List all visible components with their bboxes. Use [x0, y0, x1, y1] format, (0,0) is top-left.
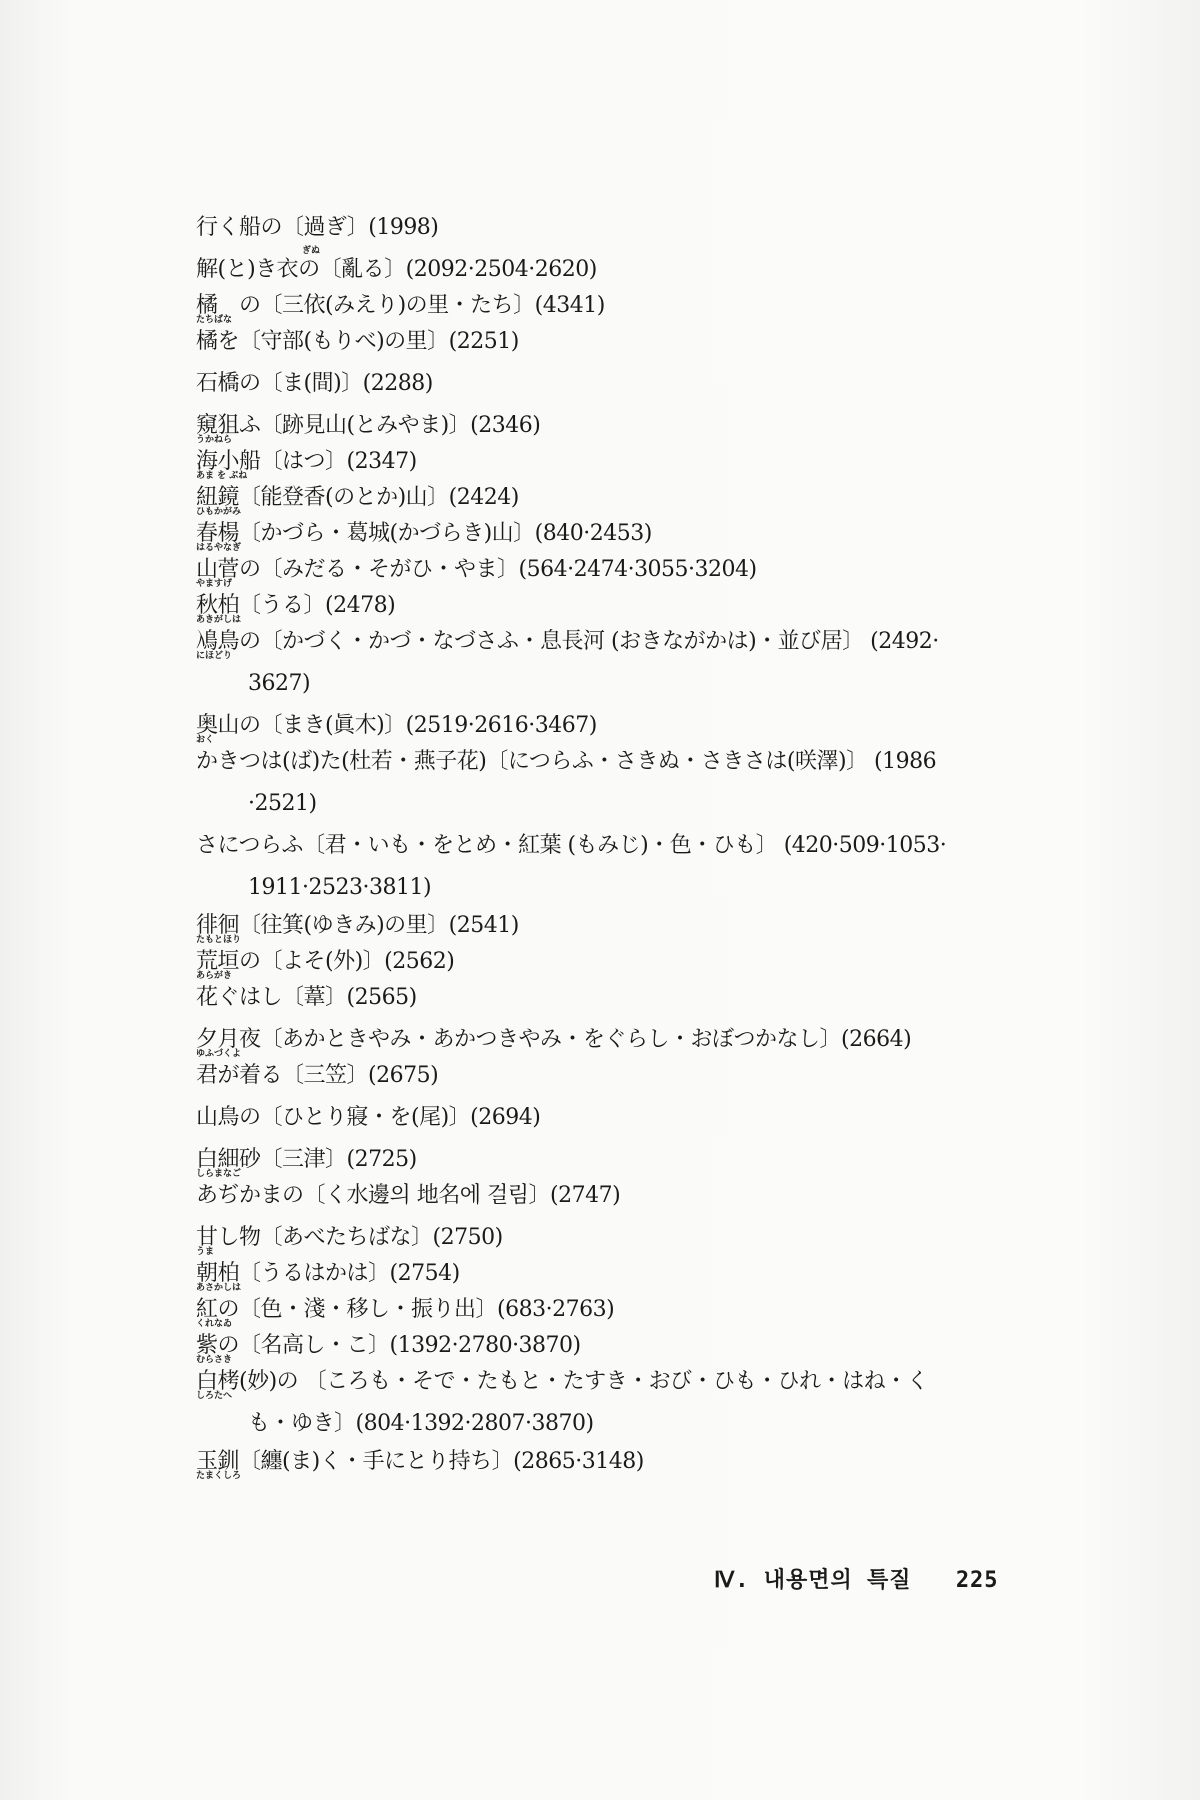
headword-text: 橘を — [196, 329, 239, 354]
entry-definition: 〔かづく・かづ・なづさふ・息長河 (おきながかは)・並び居〕 (2492· — [261, 629, 939, 654]
entry-headword: かきつは(ば)た — [196, 748, 341, 776]
entry-headword: 秋柏あきがしは — [196, 592, 239, 620]
book-page: 行く船の〔過ぎ〕(1998)解(と)き衣のぎぬ〔亂る〕(2092·2504·26… — [0, 0, 1200, 1800]
furigana-reading: ゆふづくよ — [196, 1049, 241, 1059]
entry-headword: 鳰鳥のにほどり — [196, 628, 261, 656]
entry-definition: 〔葦〕(2565) — [282, 985, 417, 1010]
page-footer: Ⅳ. 내용면의 특질 225 — [714, 1563, 999, 1594]
list-item: 奥山のおく〔まき(眞木)〕(2519·2616·3467) — [196, 712, 1016, 740]
list-item: 海小船あま を ぶね〔はつ〕(2347) — [196, 448, 1016, 476]
entry-definition: 〔三津〕(2725) — [261, 1147, 417, 1172]
entry-definition: 〔あべたちばな〕(2750) — [261, 1225, 503, 1250]
list-item: 行く船の〔過ぎ〕(1998) — [196, 214, 1016, 242]
list-item: 石橋の〔ま(間)〕(2288) — [196, 370, 1016, 398]
furigana-reading: おく — [196, 735, 214, 745]
list-item: 夕月夜ゆふづくよ〔あかときやみ・あかつきやみ・をぐらし・おぼつかなし〕(2664… — [196, 1026, 1016, 1054]
entry-definition: 〔三笠〕(2675) — [282, 1063, 438, 1088]
entry-headword: 甘し物うま — [196, 1224, 261, 1252]
headword-text: かきつは(ば)た — [196, 749, 341, 774]
entry-definition: 〔跡見山(とみやま)〕(2346) — [261, 413, 541, 438]
entry-headword: 花ぐはし — [196, 984, 282, 1012]
pillow-word-list: 行く船の〔過ぎ〕(1998)解(と)き衣のぎぬ〔亂る〕(2092·2504·26… — [196, 214, 1016, 1484]
entry-headword: 白栲(妙)のしろたへ — [196, 1368, 298, 1396]
furigana-reading: ぎぬ — [302, 246, 320, 256]
headword-text: あぢかまの — [196, 1183, 304, 1208]
entry-headword: 君が着る — [196, 1062, 282, 1090]
list-item: 荒垣のあらがき〔よそ(外)〕(2562) — [196, 948, 1016, 976]
entry-definition: (杜若・燕子花)〔につらふ・さきぬ・さきさは(咲澤)〕 (1986 — [341, 749, 936, 774]
entry-definition: 〔亂る〕(2092·2504·2620) — [320, 257, 597, 282]
list-item: 春楊はるやなぎ〔かづら・葛城(かづらき)山〕(840·2453) — [196, 520, 1016, 548]
entry-definition: の〔三依(みえり)の里・たち〕(4341) — [239, 293, 605, 318]
entry-headword: あぢかまの — [196, 1182, 304, 1210]
entry-headword: 海小船あま を ぶね — [196, 448, 261, 476]
entry-headword: 山鳥の — [196, 1104, 261, 1132]
entry-definition: 〔往箕(ゆきみ)の里〕(2541) — [239, 913, 519, 938]
entry-headword: 山菅のやますげ — [196, 556, 261, 584]
list-item: かきつは(ば)た(杜若・燕子花)〔につらふ・さきぬ・さきさは(咲澤)〕 (198… — [196, 748, 1016, 818]
entry-headword: 橘 たちばな — [196, 292, 239, 320]
entry-definition: 〔うるはかは〕(2754) — [239, 1261, 460, 1286]
furigana-reading: しろたへ — [196, 1391, 232, 1401]
entry-definition: 〔かづら・葛城(かづらき)山〕(840·2453) — [239, 521, 652, 546]
entry-headword: 石橋の — [196, 370, 261, 398]
entry-definition: 〔能登香(のとか)山〕(2424) — [239, 485, 519, 510]
headword-text: 行く船の — [196, 215, 282, 240]
entry-headword: 紫のむらさき — [196, 1332, 239, 1360]
running-header-section: Ⅳ. 내용면의 특질 — [714, 1568, 912, 1593]
list-item: 山菅のやますげ〔みだる・そがひ・やま〕(564·2474·3055·3204) — [196, 556, 1016, 584]
furigana-reading: はるやなぎ — [196, 543, 241, 553]
furigana-reading: あきがしは — [196, 615, 241, 625]
entry-definition: 〔ひとり寢・を(尾)〕(2694) — [261, 1105, 541, 1130]
entry-continuation: も・ゆき〕(804·1392·2807·3870) — [196, 1410, 1016, 1438]
entry-definition: 〔過ぎ〕(1998) — [282, 215, 438, 240]
furigana-reading: あま を ぶね — [196, 471, 247, 481]
list-item: 玉釧たまくしろ〔纏(ま)く・手にとり持ち〕(2865·3148) — [196, 1448, 1016, 1476]
headword-text: 石橋の — [196, 371, 261, 396]
entry-definition: 〔あかときやみ・あかつきやみ・をぐらし・おぼつかなし〕(2664) — [261, 1027, 912, 1052]
entry-headword: 荒垣のあらがき — [196, 948, 261, 976]
list-item: 花ぐはし〔葦〕(2565) — [196, 984, 1016, 1012]
furigana-reading: あらがき — [196, 971, 232, 981]
entry-definition: 〔みだる・そがひ・やま〕(564·2474·3055·3204) — [261, 557, 757, 582]
furigana-reading: やますげ — [196, 579, 232, 589]
list-item: 紫のむらさき〔名高し・こ〕(1392·2780·3870) — [196, 1332, 1016, 1360]
entry-definition: 〔く水邊의 地名에 걸림〕(2747) — [304, 1183, 621, 1208]
entry-headword: 奥山のおく — [196, 712, 261, 740]
headword-text: 山鳥の — [196, 1105, 261, 1130]
entry-headword: 夕月夜ゆふづくよ — [196, 1026, 261, 1054]
list-item: 秋柏あきがしは〔うる〕(2478) — [196, 592, 1016, 620]
entry-continuation: 3627) — [196, 670, 1016, 698]
headword-text: 解(と)き衣の — [196, 257, 320, 282]
entry-definition: 〔纏(ま)く・手にとり持ち〕(2865·3148) — [239, 1449, 644, 1474]
entry-headword: 解(と)き衣のぎぬ — [196, 256, 320, 284]
entry-definition: 〔名高し・こ〕(1392·2780·3870) — [239, 1333, 581, 1358]
entry-definition: 〔うる〕(2478) — [239, 593, 395, 618]
entry-headword: 白細砂しらまなご — [196, 1146, 261, 1174]
list-item: 徘徊たもとほり〔往箕(ゆきみ)の里〕(2541) — [196, 912, 1016, 940]
list-item: 君が着る〔三笠〕(2675) — [196, 1062, 1016, 1090]
entry-headword: 春楊はるやなぎ — [196, 520, 239, 548]
furigana-reading: あさかしは — [196, 1283, 241, 1293]
entry-headword: 玉釧たまくしろ — [196, 1448, 239, 1476]
entry-definition: 〔まき(眞木)〕(2519·2616·3467) — [261, 713, 597, 738]
furigana-reading: くれなゐ — [196, 1319, 232, 1329]
furigana-reading: ひもかがみ — [196, 507, 241, 517]
entry-headword: 行く船の — [196, 214, 282, 242]
list-item: 紅のくれなゐ〔色・淺・移し・振り出〕(683·2763) — [196, 1296, 1016, 1324]
furigana-reading: しらまなご — [196, 1169, 241, 1179]
entry-headword: 橘を — [196, 328, 239, 356]
furigana-reading: うかねら — [196, 435, 232, 445]
list-item: さにつらふ〔君・いも・をとめ・紅葉 (もみじ)・色・ひも〕 (420·509·1… — [196, 832, 1016, 902]
furigana-reading: たちばな — [196, 315, 232, 325]
entry-definition: 〔よそ(外)〕(2562) — [261, 949, 455, 974]
list-item: 鳰鳥のにほどり〔かづく・かづ・なづさふ・息長河 (おきながかは)・並び居〕 (2… — [196, 628, 1016, 698]
entry-definition: 〔はつ〕(2347) — [261, 449, 417, 474]
list-item: 解(と)き衣のぎぬ〔亂る〕(2092·2504·2620) — [196, 256, 1016, 284]
furigana-reading: たまくしろ — [196, 1471, 241, 1481]
furigana-reading: たもとほり — [196, 935, 241, 945]
furigana-reading: むらさき — [196, 1355, 232, 1365]
headword-text: 花ぐはし — [196, 985, 282, 1010]
list-item: 白栲(妙)のしろたへ 〔ころも・そで・たもと・たすき・おび・ひも・ひれ・はね・く… — [196, 1368, 1016, 1438]
headword-text: 君が着る — [196, 1063, 282, 1088]
entry-headword: さにつらふ — [196, 832, 303, 860]
entry-definition: 〔色・淺・移し・振り出〕(683·2763) — [239, 1297, 614, 1322]
list-item: 橘 たちばなの〔三依(みえり)の里・たち〕(4341) — [196, 292, 1016, 320]
list-item: 山鳥の〔ひとり寢・を(尾)〕(2694) — [196, 1104, 1016, 1132]
page-number: 225 — [956, 1568, 999, 1593]
list-item: あぢかまの〔く水邊의 地名에 걸림〕(2747) — [196, 1182, 1016, 1210]
list-item: 紐鏡ひもかがみ〔能登香(のとか)山〕(2424) — [196, 484, 1016, 512]
list-item: 甘し物うま〔あべたちばな〕(2750) — [196, 1224, 1016, 1252]
list-item: 朝柏あさかしは〔うるはかは〕(2754) — [196, 1260, 1016, 1288]
list-item: 橘を〔守部(もりべ)の里〕(2251) — [196, 328, 1016, 356]
entry-headword: 朝柏あさかしは — [196, 1260, 239, 1288]
entry-continuation: 1911·2523·3811) — [196, 874, 1016, 902]
furigana-reading: にほどり — [196, 651, 232, 661]
entry-definition: 〔守部(もりべ)の里〕(2251) — [239, 329, 519, 354]
entry-definition: 〔ころも・そで・たもと・たすき・おび・ひも・ひれ・はね・く — [298, 1369, 928, 1394]
entry-continuation: ·2521) — [196, 790, 1016, 818]
entry-headword: 紐鏡ひもかがみ — [196, 484, 239, 512]
entry-headword: 徘徊たもとほり — [196, 912, 239, 940]
entry-definition: 〔君・いも・をとめ・紅葉 (もみじ)・色・ひも〕 (420·509·1053· — [303, 833, 946, 858]
list-item: 白細砂しらまなご〔三津〕(2725) — [196, 1146, 1016, 1174]
entry-headword: 紅のくれなゐ — [196, 1296, 239, 1324]
entry-headword: 窺狙ふうかねら — [196, 412, 261, 440]
headword-text: さにつらふ — [196, 833, 303, 858]
entry-definition: 〔ま(間)〕(2288) — [261, 371, 433, 396]
list-item: 窺狙ふうかねら〔跡見山(とみやま)〕(2346) — [196, 412, 1016, 440]
furigana-reading: うま — [196, 1247, 214, 1257]
